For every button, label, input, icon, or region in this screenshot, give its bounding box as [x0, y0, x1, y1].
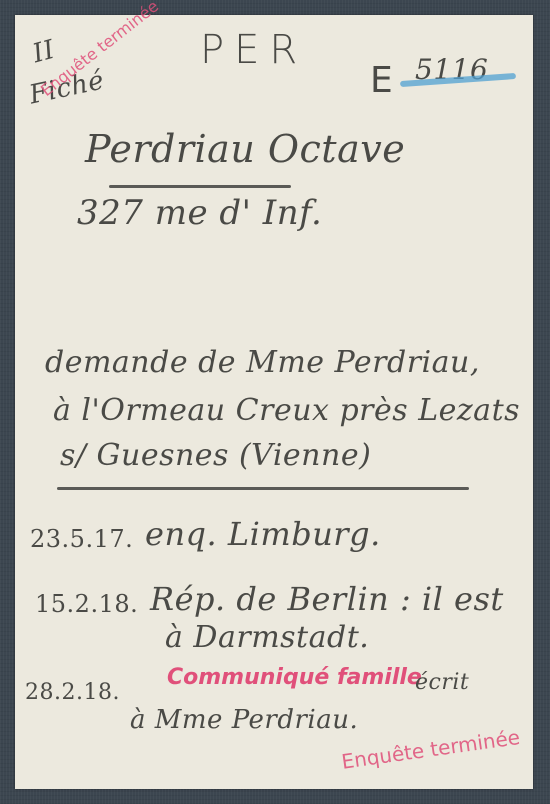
person-name: Perdriau Octave — [85, 127, 405, 171]
stamp-enquete-terminee-bottom: Enquête terminée — [340, 725, 521, 774]
request-line-2: à l'Ormeau Creux près Lezats — [53, 393, 520, 428]
entry-date-1: 23.5.17. — [30, 525, 133, 553]
reference-prefix: E — [370, 60, 393, 101]
stamp-communique-famille: Communiqué famille — [167, 665, 422, 690]
entry-text-2b: à Darmstadt. — [165, 620, 369, 655]
request-line-3: s/ Guesnes (Vienne) — [60, 438, 371, 473]
code-label: PER — [200, 27, 307, 73]
request-line-1: demande de Mme Perdriau, — [45, 345, 480, 380]
unit: 327 me d' Inf. — [77, 193, 322, 233]
request-underline — [57, 487, 469, 490]
entry-date-2: 15.2.18. — [35, 590, 138, 618]
roman-numeral: II — [29, 35, 58, 70]
name-underline — [109, 185, 291, 188]
entry-text-1: enq. Limburg. — [145, 515, 381, 553]
index-card: II Fiché Enquête terminée PER E 5116 Per… — [15, 15, 533, 789]
entry-text-3b: à Mme Perdriau. — [130, 705, 358, 735]
entry-date-3: 28.2.18. — [25, 680, 120, 705]
entry-text-3: écrit — [415, 670, 469, 695]
entry-text-2: Rép. de Berlin : il est — [150, 580, 504, 618]
